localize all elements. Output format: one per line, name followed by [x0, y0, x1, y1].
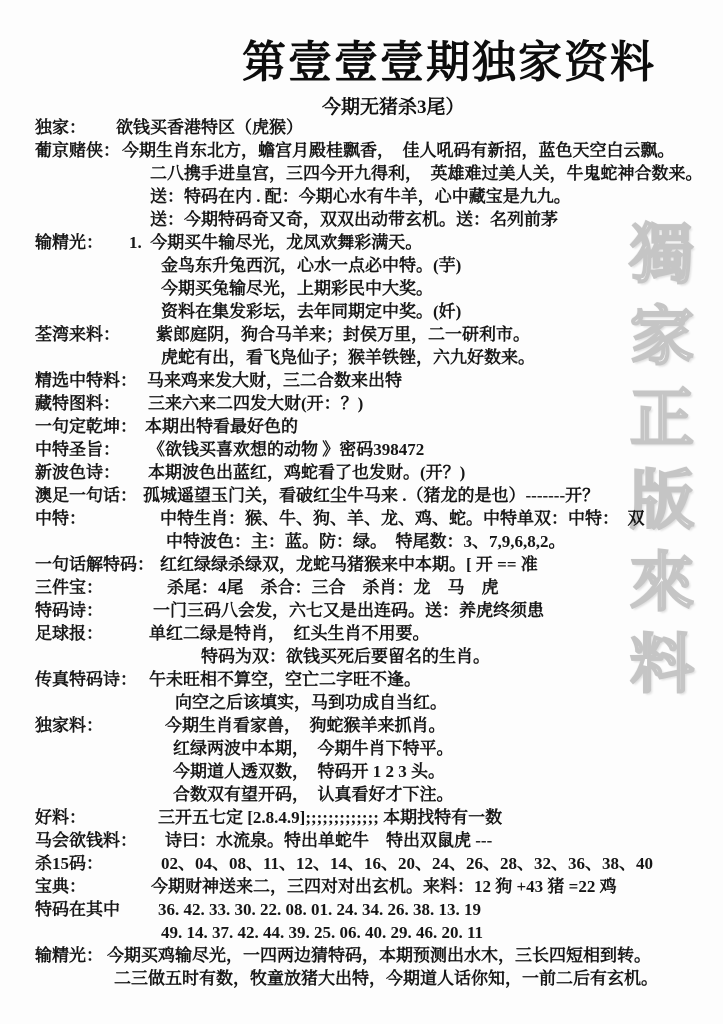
line-text: 三来六来二四发大财(开：？)	[148, 392, 363, 415]
line-label: 特码在其中	[35, 898, 120, 921]
line-chuanzhentemashi-1: 传真特码诗：午未旺相不算空，空亡二字旺不逢。	[35, 668, 713, 691]
line-shujingguang-2: 金鸟东升兔西沉，心水一点必中特。(芋)	[35, 254, 713, 277]
line-label: 新波色诗：	[35, 461, 120, 484]
line-baodian: 宝典：今期财神送来二，三四对对出玄机。来料：12 狗 +43 猪 =22 鸡	[35, 875, 713, 898]
line-text: 今期买兔输尽光，上期彩民中大奖。	[161, 277, 433, 300]
line-text: 02、04、08、11、12、14、16、20、24、26、28、32、36、3…	[161, 852, 653, 875]
line-text: 今期道人透双数， 特码开 1 2 3 头。	[173, 760, 445, 783]
line-quanwanlailiao-1: 荃湾来料：紫郎庭阴，狗合马羊来；封侯万里，二一研利市。	[35, 323, 713, 346]
line-shujingguang-1: 输精光：1. 今期买牛输尽光，龙凤欢舞彩满天。	[35, 231, 713, 254]
line-label: 马会欲钱料：	[35, 829, 137, 852]
line-shujingguang-bottom-1: 输精光：今期买鸡输尽光，一四两边猜特码，本期预测出水木，三长四短相到转。	[35, 944, 713, 967]
subtitle: 今期无猪杀3尾）	[322, 92, 465, 119]
line-label: 葡京赌侠：	[35, 139, 120, 162]
line-text: 今期生肖看家兽， 狗蛇猴羊来抓肖。	[165, 714, 446, 737]
line-text: 虎蛇有出，看飞凫仙子；猴羊铁锉，六九好数来。	[161, 346, 535, 369]
line-text: 送：今期特码奇又奇，双双出动带玄机。送：名列前茅	[150, 208, 558, 231]
line-label: 精选中特料：	[35, 369, 137, 392]
line-text: 中特生肖：猴、牛、狗、羊、龙、鸡、蛇。中特单双：中特： 双	[160, 507, 645, 530]
line-text: 单红二绿是特肖， 红头生肖不用要。	[149, 622, 430, 645]
line-sanjianbao: 三件宝：杀尾：4尾 杀合：三合 杀肖：龙 马 虎	[35, 576, 713, 599]
line-label: 中特圣旨：	[35, 438, 120, 461]
line-text: 杀尾：4尾 杀合：三合 杀肖：龙 马 虎	[167, 576, 499, 599]
line-text: 二八携手进皇宫，三四今开九得利， 英雄难过美人关，牛鬼蛇神合数来。	[150, 162, 703, 185]
line-text: 送：特码在内 . 配：今期心水有牛羊，心中藏宝是九九。	[150, 185, 571, 208]
line-text: 今期买鸡输尽光，一四两边猜特码，本期预测出水木，三长四短相到转。	[107, 944, 651, 967]
line-dujialiao-2: 红绿两波中本期， 今期牛肖下特平。	[35, 737, 713, 760]
line-dujialiao-3: 今期道人透双数， 特码开 1 2 3 头。	[35, 760, 713, 783]
line-text: 资料在集发彩坛，去年同期定中奖。(奷)	[161, 300, 461, 323]
line-pujingduxia-2: 二八携手进皇宫，三四今开九得利， 英雄难过美人关，牛鬼蛇神合数来。	[35, 162, 713, 185]
line-label: 特码诗：	[35, 599, 103, 622]
line-text: 49. 14. 37. 42. 44. 39. 25. 06. 40. 29. …	[161, 921, 483, 944]
line-text: 诗曰：水流泉。特出单蛇牛 特出双鼠虎 ---	[165, 829, 492, 852]
line-text: 特码为双：欲钱买死后要留名的生肖。	[201, 645, 490, 668]
line-quanwanlailiao-2: 虎蛇有出，看飞凫仙子；猴羊铁锉，六九好数来。	[35, 346, 713, 369]
line-shujingguang-3: 今期买兔输尽光，上期彩民中大奖。	[35, 277, 713, 300]
line-xinbose-shi: 新波色诗：本期波色出蓝红，鸡蛇看了也发财。(开？)	[35, 461, 713, 484]
line-pujingduxia-1: 葡京赌侠：今期生肖东北方，蟾宫月殿桂飘香， 佳人吼码有新招，蓝色天空白云飘。	[35, 139, 713, 162]
line-temazaiqizhong-1: 特码在其中36. 42. 33. 30. 22. 08. 01. 24. 34.…	[35, 898, 713, 921]
line-pujingduxia-4: 送：今期特码奇又奇，双双出动带玄机。送：名列前茅	[35, 208, 713, 231]
line-aozuyijuhua: 澳足一句话：孤城遥望玉门关，看破红尘牛马来 .（猪龙的是也）-------开？	[35, 484, 713, 507]
line-text: 今期生肖东北方，蟾宫月殿桂飘香， 佳人吼码有新招，蓝色天空白云飘。	[122, 139, 675, 162]
content: 独家：欲钱买香港特区（虎猴） 葡京赌侠：今期生肖东北方，蟾宫月殿桂飘香， 佳人吼…	[35, 116, 713, 990]
line-mahuiyuqianliao: 马会欲钱料：诗曰：水流泉。特出单蛇牛 特出双鼠虎 ---	[35, 829, 713, 852]
line-text: 1. 今期买牛输尽光，龙凤欢舞彩满天。	[129, 231, 422, 254]
line-text: 合数双有望开码， 认真看好才下注。	[173, 783, 454, 806]
line-dujialiao-4: 合数双有望开码， 认真看好才下注。	[35, 783, 713, 806]
line-haoliao: 好料：三开五七定 [2.8.4.9];;;;;;;;;;;;; 本期找特有一数	[35, 806, 713, 829]
line-text: 午未旺相不算空，空亡二字旺不逢。	[149, 668, 421, 691]
line-label: 输精光：	[35, 944, 103, 967]
line-text: 中特波色：主：蓝。防：绿。 特尾数：3、7,9,6,8,2。	[166, 530, 566, 553]
line-text: 金鸟东升兔西沉，心水一点必中特。(芋)	[161, 254, 461, 277]
line-pujingduxia-3: 送：特码在内 . 配：今期心水有牛羊，心中藏宝是九九。	[35, 185, 713, 208]
line-text: 向空之后该填实，马到功成自当红。	[175, 691, 447, 714]
line-dujialiao-1: 独家料：今期生肖看家兽， 狗蛇猴羊来抓肖。	[35, 714, 713, 737]
line-yijudingqiankun: 一句定乾坤：本期出特看最好色的	[35, 415, 713, 438]
line-dujia: 独家：欲钱买香港特区（虎猴）	[35, 116, 713, 139]
line-zuqiubao-2: 特码为双：欲钱买死后要留名的生肖。	[35, 645, 713, 668]
line-chuanzhentemashi-2: 向空之后该填实，马到功成自当红。	[35, 691, 713, 714]
line-text: 红绿两波中本期， 今期牛肖下特平。	[173, 737, 454, 760]
line-label: 独家料：	[35, 714, 103, 737]
line-text: 36. 42. 33. 30. 22. 08. 01. 24. 34. 26. …	[158, 898, 481, 921]
line-text: 本期波色出蓝红，鸡蛇看了也发财。(开？)	[148, 461, 465, 484]
line-cangtetuliao: 藏特图料：三来六来二四发大财(开：？)	[35, 392, 713, 415]
line-text: 本期出特看最好色的	[145, 415, 298, 438]
line-sha15ma: 杀15码：02、04、08、11、12、14、16、20、24、26、28、32…	[35, 852, 713, 875]
line-text: 欲钱买香港特区（虎猴）	[116, 116, 303, 139]
line-label: 三件宝：	[35, 576, 103, 599]
line-text: 今期财神送来二，三四对对出玄机。来料：12 狗 +43 猪 =22 鸡	[151, 875, 617, 898]
line-label: 中特：	[35, 507, 86, 530]
line-text: 马来鸡来发大财，三二合数来出特	[147, 369, 402, 392]
line-label: 宝典：	[35, 875, 86, 898]
line-label: 一句话解特码：	[35, 553, 154, 576]
line-temashi: 特码诗：一门三码八会发，六七又是出连码。送：养虎终须患	[35, 599, 713, 622]
line-temazaiqizhong-2: 49. 14. 37. 42. 44. 39. 25. 06. 40. 29. …	[35, 921, 713, 944]
line-label: 杀15码：	[35, 852, 103, 875]
line-label: 输精光：	[35, 231, 103, 254]
line-text: 《欲钱买喜欢想的动物 》密码398472	[148, 438, 424, 461]
line-text: 紫郎庭阴，狗合马羊来；封侯万里，二一研利市。	[156, 323, 530, 346]
page: 獨家正版來料 第壹壹壹期独家资料 今期无猪杀3尾） 独家：欲钱买香港特区（虎猴）…	[0, 0, 723, 1024]
line-label: 藏特图料：	[35, 392, 120, 415]
line-shujingguang-bottom-2: 二三做五时有数，牧童放猪大出特，今期道人话你知，一前二后有玄机。	[35, 967, 713, 990]
line-label: 好料：	[35, 806, 86, 829]
line-label: 独家：	[35, 116, 86, 139]
line-shujingguang-4: 资料在集发彩坛，去年同期定中奖。(奷)	[35, 300, 713, 323]
line-label: 荃湾来料：	[35, 323, 120, 346]
line-label: 传真特码诗：	[35, 668, 137, 691]
line-zhongte-2: 中特波色：主：蓝。防：绿。 特尾数：3、7,9,6,8,2。	[35, 530, 713, 553]
line-yijuhuajietema: 一句话解特码：红红绿绿杀绿双，龙蛇马猪猴来中本期。[ 开 == 准	[35, 553, 713, 576]
line-text: 孤城遥望玉门关，看破红尘牛马来 .（猪龙的是也）-------开？	[143, 484, 599, 507]
line-text: 红红绿绿杀绿双，龙蛇马猪猴来中本期。[ 开 == 准	[160, 553, 538, 576]
line-text: 二三做五时有数，牧童放猪大出特，今期道人话你知，一前二后有玄机。	[114, 967, 658, 990]
line-text: 一门三码八会发，六七又是出连码。送：养虎终须患	[153, 599, 544, 622]
line-zuqiubao-1: 足球报：单红二绿是特肖， 红头生肖不用要。	[35, 622, 713, 645]
page-title: 第壹壹壹期独家资料	[242, 26, 656, 90]
line-label: 一句定乾坤：	[35, 415, 137, 438]
line-label: 澳足一句话：	[35, 484, 137, 507]
line-jingxuanzhongteliao: 精选中特料：马来鸡来发大财，三二合数来出特	[35, 369, 713, 392]
line-label: 足球报：	[35, 622, 103, 645]
line-zhongte-1: 中特：中特生肖：猴、牛、狗、羊、龙、鸡、蛇。中特单双：中特： 双	[35, 507, 713, 530]
line-text: 三开五七定 [2.8.4.9];;;;;;;;;;;;; 本期找特有一数	[158, 806, 502, 829]
line-zhongteshengzhi: 中特圣旨：《欲钱买喜欢想的动物 》密码398472	[35, 438, 713, 461]
